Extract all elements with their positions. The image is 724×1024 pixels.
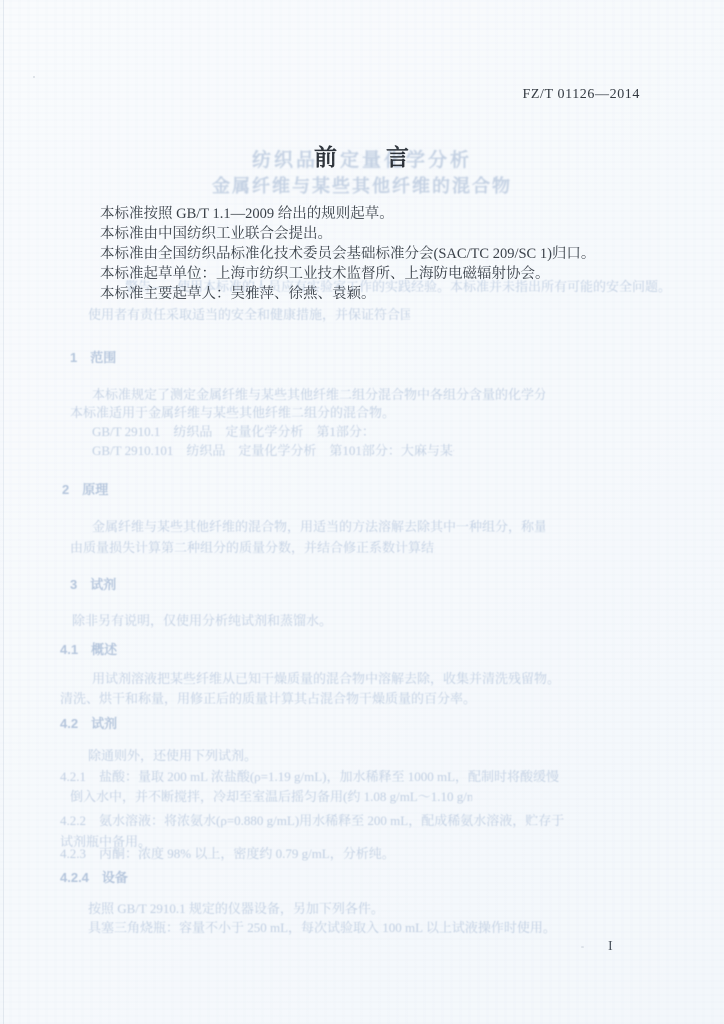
bleedthrough-line: 具塞三角烧瓶：容量不小于 250 mL，每次试验取入 100 mL 以上试液操作… — [88, 919, 571, 936]
foreword-line: 本标准起草单位：上海市纺织工业技术监督所、上海防电磁辐射协会。 — [100, 264, 660, 284]
foreword-line: 本标准由中国纺织工业联合会提出。 — [100, 224, 660, 244]
bleedthrough-line: 1 范围 — [70, 349, 180, 366]
foreword-body: 本标准按照 GB/T 1.1—2009 给出的规则起草。 本标准由中国纺织工业联… — [100, 204, 660, 304]
bleedthrough-line: 4.2 试剂 — [60, 715, 190, 732]
bleedthrough-line: 按照 GB/T 2910.1 规定的仪器设备，另加下列各件。 — [88, 900, 392, 917]
bleedthrough-line: 清洗、烘干和称量，用修正后的质量计算其占混合物干燥质量的百分率。 — [60, 690, 512, 707]
bleedthrough-line: 试剂瓶中备用。 — [60, 833, 148, 850]
bleedthrough-line: 本标准适用于金属纤维与某些其他纤维二组分的混合物。 — [70, 404, 440, 421]
bleedthrough-title-line: 金属纤维与某些其他纤维的混合物 — [0, 172, 724, 198]
bleedthrough-line: 由质量损失计算第二种组分的质量分数，并结合修正系数计算结果。 — [70, 539, 435, 556]
bleedthrough-line: 4.2.3 丙酮：浓度 98% 以上，密度约 0.79 g/mL，分析纯。 — [60, 845, 415, 862]
page-number: I — [608, 939, 613, 955]
bleedthrough-line: 3 试剂 — [70, 576, 160, 593]
bleedthrough-line: 4.2.2 氨水溶液：将浓氨水(ρ=0.880 g/mL)用水稀释至 200 m… — [60, 812, 575, 829]
standard-number: FZ/T 01126—2014 — [522, 87, 640, 103]
bleedthrough-line: 用试剂溶液把某些纤维从已知干燥质量的混合物中溶解去除，收集并清洗残留物。 — [92, 670, 572, 687]
bleedthrough-line: 倒入水中，并不断搅拌，冷却至室温后摇匀备用(约 1.08 g/mL～1.10 g… — [70, 788, 472, 805]
bleedthrough-line: 4.1 概述 — [60, 641, 155, 658]
bleedthrough-line: 除非另有说明，仅使用分析纯试剂和蒸馏水。 — [72, 612, 342, 629]
foreword-line: 本标准按照 GB/T 1.1—2009 给出的规则起草。 — [100, 204, 660, 224]
bleedthrough-line: 使用者有责任采取适当的安全和健康措施，并保证符合国家有关法规规定的条件。 — [88, 306, 410, 323]
foreword-line: 本标准主要起草人：吴雅萍、徐燕、袁颖。 — [100, 284, 660, 304]
bleedthrough-line: 金属纤维与某些其他纤维的混合物，用适当的方法溶解去除其中一种组分，称量残留物。 — [92, 518, 545, 535]
scan-speck — [581, 946, 584, 948]
bleedthrough-line: 除通则外，还使用下列试剂。 — [88, 747, 315, 764]
foreword-line: 本标准由全国纺织品标准化技术委员会基础标准分会(SAC/TC 209/SC 1)… — [100, 244, 660, 264]
bleedthrough-line: 2 原理 — [62, 481, 152, 498]
bleedthrough-line: GB/T 2910.101 纺织品 定量化学分析 第101部分：大麻与某些其他纤… — [92, 442, 454, 459]
bleedthrough-line: 4.2.4 设备 — [60, 869, 160, 886]
scan-speck — [33, 76, 35, 78]
page-title: 前 言 — [0, 139, 724, 172]
bleedthrough-line: 本标准规定了测定金属纤维与某些其他纤维二组分混合物中各组分含量的化学分析方法。 — [92, 386, 545, 403]
bleedthrough-line: GB/T 2910.1 纺织品 定量化学分析 第1部分：试验通则 — [92, 423, 372, 440]
scanned-page: 纺织品 定量化学分析 金属纤维与某些其他纤维的混合物 警告——使用本标准的人员应… — [0, 0, 724, 1024]
bleedthrough-line: 4.2.1 盐酸：量取 200 mL 浓盐酸(ρ=1.19 g/mL)，加水稀释… — [60, 768, 572, 785]
